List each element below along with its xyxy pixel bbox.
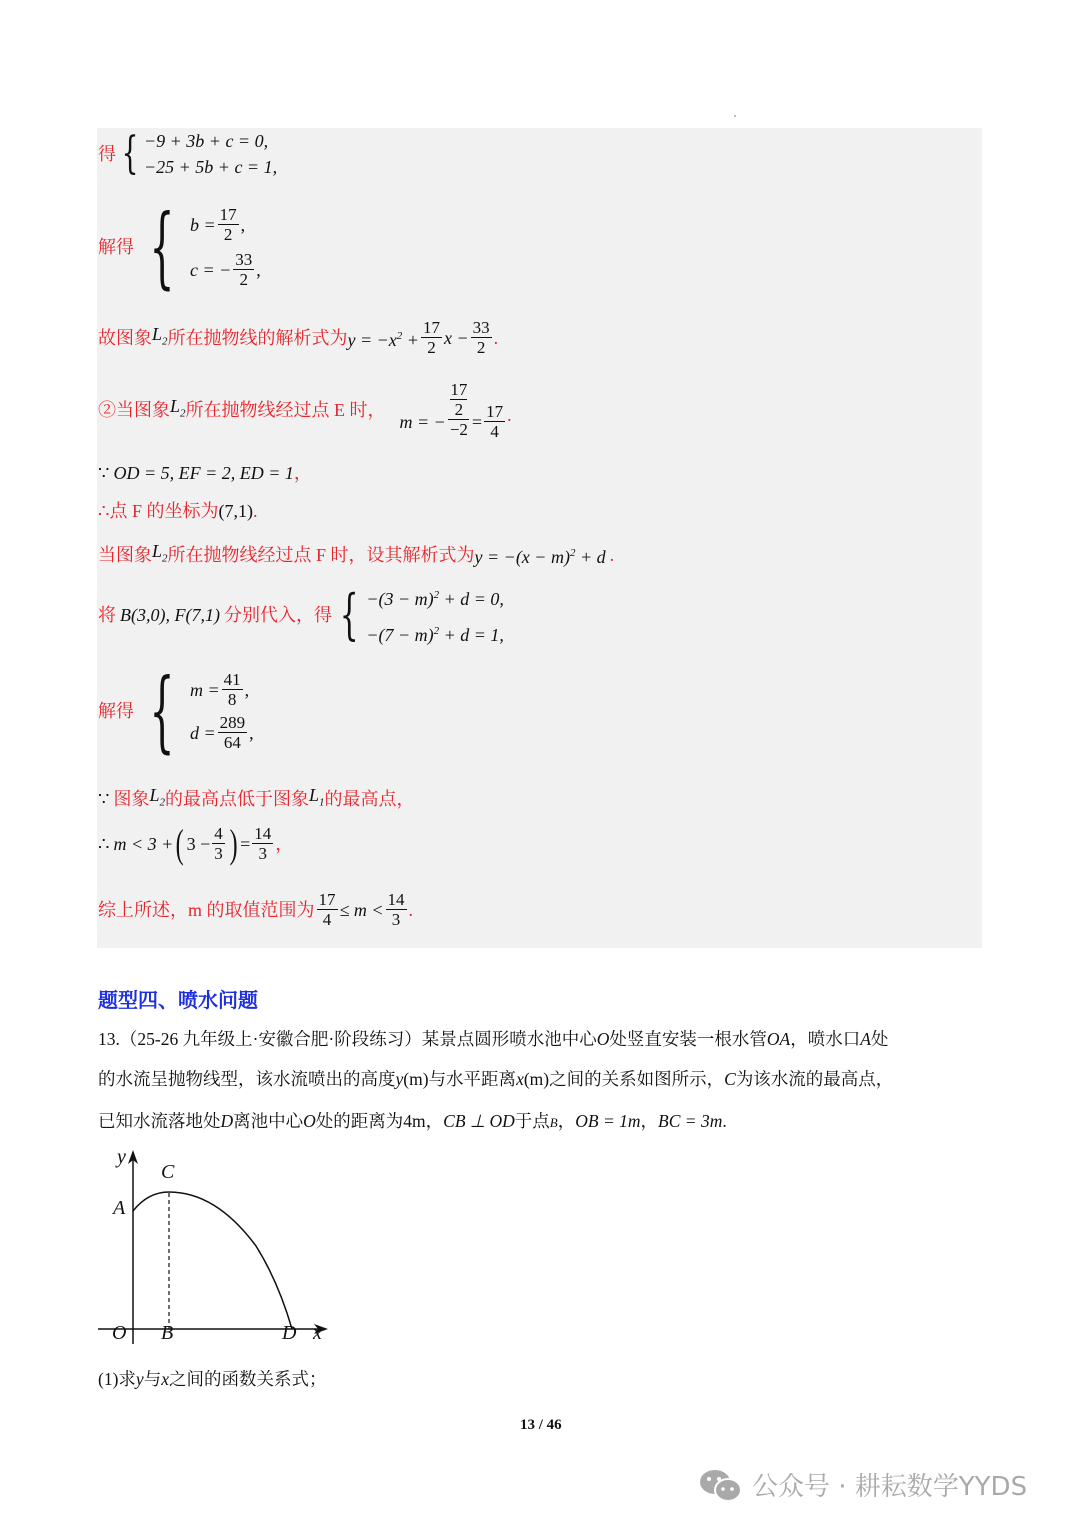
label-x: x [313, 1322, 322, 1345]
equation-2: −25 + 5b + c = 1, [144, 156, 277, 178]
label-b: B [161, 1322, 173, 1345]
text-de: 得 [98, 143, 116, 165]
paren: ) [229, 833, 237, 855]
coordinate: (7,1) [218, 500, 253, 522]
text: 当图象 [98, 544, 152, 566]
parabola-figure [96, 1146, 346, 1350]
expr: OD = 5, EF = 2, ED = 1 [113, 462, 293, 484]
L2: L2 [152, 540, 168, 570]
solution-system: { m = 418, d = 28964, [134, 666, 254, 756]
problem-line-2: 的水流呈抛物线型，该水流喷出的高度y(m)与水平距离x(m)之间的关系如图所示，… [98, 1066, 893, 1091]
m-label: m = − [400, 411, 446, 433]
therefore-symbol: ∴ [98, 833, 109, 855]
solution-line-8: 将 B(3,0), F(7,1) 分别代入，得 { −(3 − m)2 + d … [98, 584, 504, 646]
parabola-curve [133, 1192, 292, 1329]
b-num: 17 [218, 205, 239, 225]
label-c: C [161, 1161, 174, 1184]
solution-line-9: 解得 { m = 418, d = 28964, [98, 666, 254, 756]
equation-system: { −(3 − m)2 + d = 0, −(7 − m)2 + d = 1, [332, 584, 504, 646]
label-o: O [112, 1322, 126, 1345]
watermark-text: 公众号 · 耕耘数学YYDS [752, 1466, 1027, 1503]
fraction: 332 [471, 318, 492, 357]
b-label: b = [190, 214, 216, 236]
left-brace: { [340, 604, 359, 626]
solution-line-1: 得 { −9 + 3b + c = 0, −25 + 5b + c = 1, [98, 130, 277, 178]
text: 的最高点， [324, 788, 414, 810]
left-brace: { [149, 202, 174, 292]
solution-line-12: 综上所述，m 的取值范围为 174 ≤ m < 143 . [98, 890, 413, 929]
text: ②当图象 [98, 399, 170, 421]
period: . [253, 500, 258, 522]
text-jiede: 解得 [98, 236, 134, 258]
problem-line-1: 13.（25-26 九年级上·安徽合肥·阶段练习）某景点圆形喷水池中心O处竖直安… [98, 1026, 888, 1051]
text: 所在抛物线的解析式为 [168, 327, 348, 349]
paren: ( [176, 833, 184, 855]
text: 的最高点低于图象 [165, 788, 309, 810]
solution-line-11: ∴ m < 3 + ( 3 − 43 ) = 143 ， [98, 824, 293, 863]
text: 图象 [113, 788, 149, 810]
expr: y = −x2 + [348, 325, 419, 351]
period: . [610, 544, 615, 566]
text: 所在抛物线经过点 E 时， [186, 399, 386, 421]
text: 分别代入，得 [224, 604, 332, 626]
text: 所在抛物线经过点 F 时，设其解析式为 [168, 544, 475, 566]
label-a: A [113, 1197, 125, 1220]
left-brace: { [122, 143, 139, 165]
solution-line-10: ∵ 图象 L2 的最高点低于图象 L1 的最高点， [98, 784, 414, 814]
because-symbol: ∵ [98, 462, 109, 484]
watermark: 公众号 · 耕耘数学YYDS [698, 1466, 1027, 1503]
solution-line-2: 解得 { b = 172, c = − 332, [98, 202, 261, 292]
solution-system: { b = 172, c = − 332, [134, 202, 261, 292]
label-d: D [282, 1322, 296, 1345]
text: 点 F 的坐标为 [109, 500, 218, 522]
period: . [409, 899, 414, 921]
m-label: m = [190, 679, 220, 701]
equation-1: −9 + 3b + c = 0, [144, 130, 277, 152]
c-num: 33 [233, 250, 254, 270]
sub-question-1: (1)求y与x之间的函数关系式； [98, 1366, 326, 1391]
wechat-icon [698, 1468, 744, 1502]
solution-line-5: ∵ OD = 5, EF = 2, ED = 1 ， [98, 462, 312, 484]
solution-line-6: ∴ 点 F 的坐标为 (7,1) . [98, 500, 257, 522]
d-label: d = [190, 722, 216, 744]
expr: 3 − [187, 833, 211, 855]
expr: y = −(x − m)2 + d [475, 542, 606, 568]
c-label: c = − [190, 259, 231, 281]
comma: ， [294, 462, 312, 484]
L1: L1 [309, 784, 325, 814]
L2: L2 [149, 784, 165, 814]
compound-fraction: 17 2 −2 [448, 380, 470, 439]
equation-system: { −9 + 3b + c = 0, −25 + 5b + c = 1, [116, 130, 277, 178]
fraction: 174 [484, 402, 505, 441]
equals: = [240, 833, 250, 855]
expr: m < 3 + [113, 833, 173, 855]
comma: ， [275, 833, 293, 855]
because-symbol: ∵ [98, 788, 109, 810]
L2: L2 [170, 395, 186, 425]
text: 将 [98, 604, 116, 626]
problem-line-3: 已知水流落地处D离池中心O处的距离为4m，CB ⊥ OD于点B，OB = 1m，… [98, 1108, 727, 1133]
solution-line-3: 故图象 L2 所在抛物线的解析式为 y = −x2 + 172 x − 332 … [98, 318, 498, 357]
therefore-symbol: ∴ [98, 500, 109, 522]
fraction: 172 [421, 318, 442, 357]
equals: = [472, 411, 482, 433]
solution-line-7: 当图象 L2 所在抛物线经过点 F 时，设其解析式为 y = −(x − m)2… [98, 540, 614, 570]
text: 故图象 [98, 327, 152, 349]
text-jiede: 解得 [98, 700, 134, 722]
period: . [494, 327, 499, 349]
inequality: ≤ m < [340, 899, 384, 921]
label-y: y [117, 1146, 126, 1169]
expr: x − [444, 327, 469, 349]
problem-source: （25-26 九年级上·安徽合肥·阶段练习） [120, 1029, 422, 1049]
solution-line-4: ②当图象 L2 所在抛物线经过点 E 时， m = − 17 2 −2 = 17… [98, 378, 512, 441]
period: . [507, 404, 512, 426]
L2: L2 [152, 323, 168, 353]
left-brace: { [149, 666, 174, 756]
text: 综上所述，m 的取值范围为 [98, 899, 315, 921]
section-heading: 题型四、喷水问题 [98, 984, 258, 1013]
c-den: 2 [238, 270, 251, 289]
scan-dot [734, 115, 736, 117]
problem-number: 13. [98, 1029, 120, 1049]
page-number: 13 / 46 [520, 1417, 562, 1434]
points: B(3,0), F(7,1) [120, 604, 220, 626]
b-den: 2 [222, 225, 235, 244]
